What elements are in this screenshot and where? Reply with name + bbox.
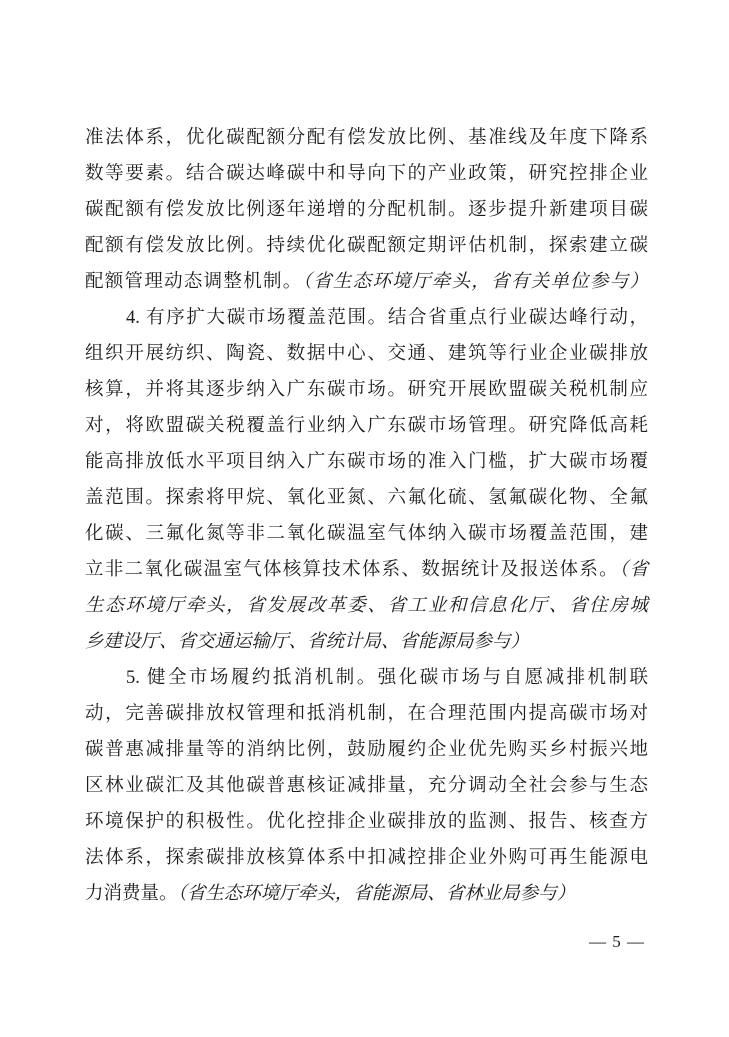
text-line: 对，将欧盟碳关税覆盖行业纳入广东碳市场管理。研究降低高耗 bbox=[85, 408, 648, 444]
page-number: — 5 — bbox=[589, 930, 645, 954]
text-line: 准法体系，优化碳配额分配有偿发放比例、基准线及年度下降系 bbox=[85, 120, 648, 156]
body-text-segment: 化碳、三氟化氮等非二氧化碳温室气体纳入碳市场覆盖范围，建 bbox=[85, 524, 648, 544]
text-line: 动，完善碳排放权管理和抵消机制，在合理范围内提高碳市场对 bbox=[85, 696, 648, 732]
text-block: 准法体系，优化碳配额分配有偿发放比例、基准线及年度下降系 数等要素。结合碳达峰碳… bbox=[85, 120, 648, 912]
text-line: 碳配额有偿发放比例逐年递增的分配机制。逐步提升新建项目碳 bbox=[85, 192, 648, 228]
responsible-unit-segment: （省 bbox=[619, 560, 648, 580]
responsible-unit-segment: 乡建设厅、省交通运输厅、省统计局、省能源局参与） bbox=[85, 632, 529, 652]
body-text-segment: 能高排放低水平项目纳入广东碳市场的准入门槛，扩大碳市场覆 bbox=[85, 452, 648, 472]
text-line: 5. 健全市场履约抵消机制。强化碳市场与自愿减排机制联 bbox=[85, 660, 648, 696]
body-text-segment: 区林业碳汇及其他碳普惠核证减排量，充分调动全社会参与生态 bbox=[85, 776, 648, 796]
text-line: 立非二氧化碳温室气体核算技术体系、数据统计及报送体系。（省 bbox=[85, 552, 648, 588]
body-text-segment: 盖范围。探索将甲烷、氧化亚氮、六氟化硫、氢氟碳化物、全氟 bbox=[85, 488, 648, 508]
text-line: 配额有偿发放比例。持续优化碳配额定期评估机制，探索建立碳 bbox=[85, 228, 648, 264]
paragraph-item-5: 5. 健全市场履约抵消机制。强化碳市场与自愿减排机制联 动，完善碳排放权管理和抵… bbox=[85, 660, 648, 912]
text-line: 配额管理动态调整机制。（省生态环境厅牵头，省有关单位参与） bbox=[85, 264, 648, 300]
paragraph-item-4: 4. 有序扩大碳市场覆盖范围。结合省重点行业碳达峰行动， 组织开展纺织、陶瓷、数… bbox=[85, 300, 648, 660]
text-line: 生态环境厅牵头，省发展改革委、省工业和信息化厅、省住房城 bbox=[85, 588, 648, 624]
text-line: 盖范围。探索将甲烷、氧化亚氮、六氟化硫、氢氟碳化物、全氟 bbox=[85, 480, 648, 516]
responsible-unit-segment: （省生态环境厅牵头，省能源局、省林业局参与） bbox=[178, 884, 576, 904]
body-text-segment: 数等要素。结合碳达峰碳中和导向下的产业政策，研究控排企业 bbox=[85, 164, 648, 184]
text-line: 4. 有序扩大碳市场覆盖范围。结合省重点行业碳达峰行动， bbox=[85, 300, 648, 336]
responsible-unit-segment: （省生态环境厅牵头，省有关单位参与） bbox=[303, 272, 648, 292]
responsible-unit-segment: 生态环境厅牵头，省发展改革委、省工业和信息化厅、省住房城 bbox=[85, 596, 648, 616]
body-text-segment: 法体系，探索碳排放核算体系中扣减控排企业外购可再生能源电 bbox=[85, 848, 648, 868]
body-text-segment: 配额管理动态调整机制。 bbox=[85, 272, 303, 292]
text-line: 乡建设厅、省交通运输厅、省统计局、省能源局参与） bbox=[85, 624, 648, 660]
text-line: 碳普惠减排量等的消纳比例，鼓励履约企业优先购买乡村振兴地 bbox=[85, 732, 648, 768]
text-line: 组织开展纺织、陶瓷、数据中心、交通、建筑等行业企业碳排放 bbox=[85, 336, 648, 372]
body-text-segment: 碳普惠减排量等的消纳比例，鼓励履约企业优先购买乡村振兴地 bbox=[85, 740, 648, 760]
body-text-segment: 动，完善碳排放权管理和抵消机制，在合理范围内提高碳市场对 bbox=[85, 704, 648, 724]
body-text-segment: 准法体系，优化碳配额分配有偿发放比例、基准线及年度下降系 bbox=[85, 128, 648, 148]
text-line: 区林业碳汇及其他碳普惠核证减排量，充分调动全社会参与生态 bbox=[85, 768, 648, 804]
body-text-segment: 立非二氧化碳温室气体核算技术体系、数据统计及报送体系。 bbox=[85, 560, 619, 580]
text-line: 环境保护的积极性。优化控排企业碳排放的监测、报告、核查方 bbox=[85, 804, 648, 840]
body-text-segment: 核算，并将其逐步纳入广东碳市场。研究开展欧盟碳关税机制应 bbox=[85, 380, 648, 400]
body-text-segment: 配额有偿发放比例。持续优化碳配额定期评估机制，探索建立碳 bbox=[85, 236, 648, 256]
text-line: 化碳、三氟化氮等非二氧化碳温室气体纳入碳市场覆盖范围，建 bbox=[85, 516, 648, 552]
text-line: 力消费量。（省生态环境厅牵头，省能源局、省林业局参与） bbox=[85, 876, 648, 912]
body-text-segment: 碳配额有偿发放比例逐年递增的分配机制。逐步提升新建项目碳 bbox=[85, 200, 648, 220]
item-4-lead-segment: 4. 有序扩大碳市场覆盖范围。结合省重点行业碳达峰行动， bbox=[126, 308, 648, 328]
item-5-lead-segment: 5. 健全市场履约抵消机制。强化碳市场与自愿减排机制联 bbox=[126, 668, 648, 688]
paragraph-continuation: 准法体系，优化碳配额分配有偿发放比例、基准线及年度下降系 数等要素。结合碳达峰碳… bbox=[85, 120, 648, 300]
document-page: 准法体系，优化碳配额分配有偿发放比例、基准线及年度下降系 数等要素。结合碳达峰碳… bbox=[0, 0, 729, 1037]
body-text-segment: 力消费量。 bbox=[85, 884, 178, 904]
text-line: 核算，并将其逐步纳入广东碳市场。研究开展欧盟碳关税机制应 bbox=[85, 372, 648, 408]
body-text-segment: 环境保护的积极性。优化控排企业碳排放的监测、报告、核查方 bbox=[85, 812, 648, 832]
text-line: 数等要素。结合碳达峰碳中和导向下的产业政策，研究控排企业 bbox=[85, 156, 648, 192]
body-text-segment: 组织开展纺织、陶瓷、数据中心、交通、建筑等行业企业碳排放 bbox=[85, 344, 648, 364]
text-line: 法体系，探索碳排放核算体系中扣减控排企业外购可再生能源电 bbox=[85, 840, 648, 876]
body-text-segment: 对，将欧盟碳关税覆盖行业纳入广东碳市场管理。研究降低高耗 bbox=[85, 416, 648, 436]
text-line: 能高排放低水平项目纳入广东碳市场的准入门槛，扩大碳市场覆 bbox=[85, 444, 648, 480]
